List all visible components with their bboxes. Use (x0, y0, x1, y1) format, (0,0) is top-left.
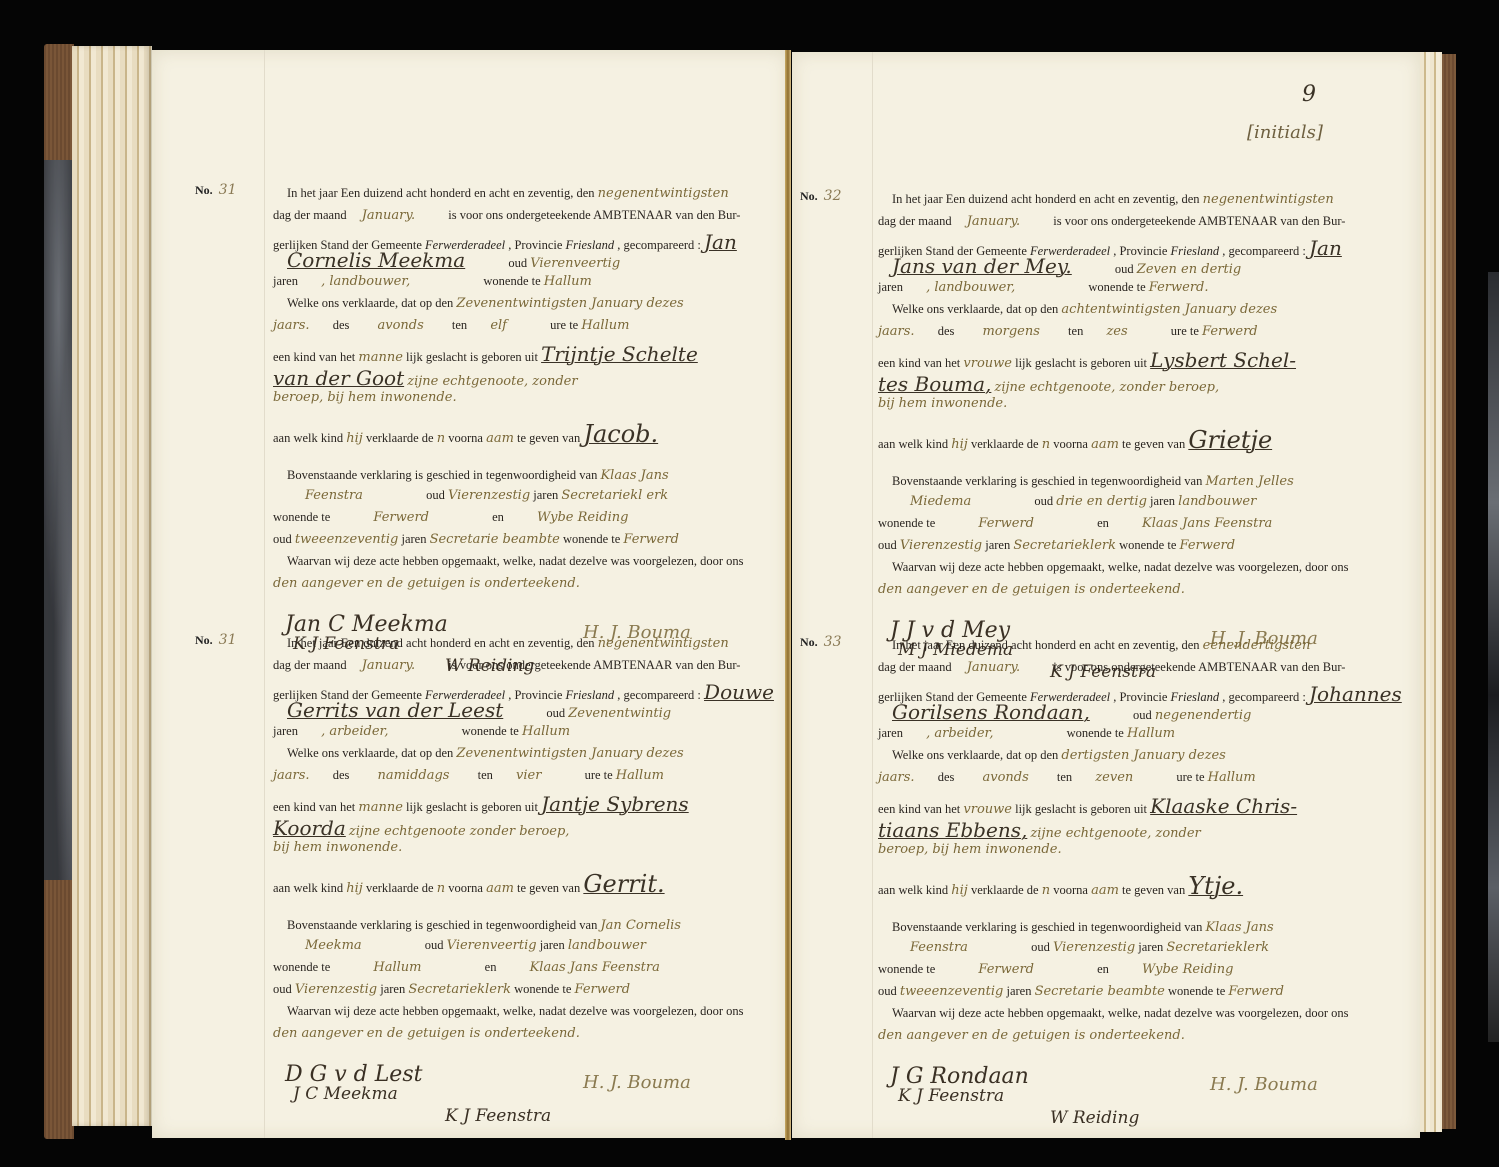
witness1-occupation: Secretariekl erk (561, 488, 668, 503)
record-line: wonende te Hallum en Klaas Jans Feenstra (273, 960, 660, 975)
record-line: In het jaar Een duizend acht honderd en … (892, 638, 1310, 653)
declarant-residence: Ferwerd. (1149, 280, 1209, 295)
record-line: jaren , landbouwer, wonende te Ferwerd. (878, 280, 1209, 295)
month: January. (967, 214, 1020, 229)
printed-text: Bovenstaande verklaring is geschied in t… (892, 920, 1202, 934)
printed-text: dag der maand (273, 658, 347, 672)
printed-text: voorna (1053, 883, 1088, 897)
record-line: Miedema oud drie en dertig jaren landbou… (910, 494, 1256, 509)
jaars: jaars. (273, 768, 310, 783)
declarant-occupation: , landbouwer, (926, 280, 1015, 295)
record-line: jaars. des avonds ten zeven ure te Hallu… (878, 770, 1256, 785)
record-line: een kind van het manne lijk geslacht is … (273, 342, 698, 366)
record-line: wonende te Ferwerd en Wybe Reiding (878, 962, 1233, 977)
birth-place: Ferwerd (1202, 324, 1258, 339)
witness2-occupation: Secretarieklerk (408, 982, 511, 997)
record-line: Bovenstaande verklaring is geschied in t… (892, 920, 1274, 935)
signature: K J Feenstra (898, 1086, 1004, 1106)
record-line: Cornelis Meekma oud Vierenveertig (287, 248, 620, 272)
record-line: jaren , arbeider, wonende te Hallum (273, 724, 570, 739)
witness1-occupation: landbouwer (1178, 494, 1256, 509)
printed-text: wonende te (514, 982, 571, 996)
printed-text: oud (546, 706, 565, 720)
time-of-day: avonds (377, 318, 423, 333)
birth-place: Hallum (581, 318, 629, 333)
declarant-name: Cornelis Meekma (287, 248, 465, 272)
witness2-occupation: Secretarie beambte (1035, 984, 1165, 999)
record-line: oud tweeenzeventig jaren Secretarie beam… (878, 984, 1284, 999)
printed-text: wonende te (563, 532, 620, 546)
printed-text: des (938, 770, 955, 784)
declarant-name: Jans van der Mey. (892, 254, 1072, 278)
pronoun: hij (951, 883, 968, 898)
printed-text: oud (1031, 940, 1050, 954)
printed-text: oud (878, 538, 897, 552)
printed-text: des (333, 768, 350, 782)
printed-text: lijk geslacht is geboren uit (1015, 356, 1147, 370)
witness1-first: Klaas Jans (600, 468, 668, 483)
printed-text: jaren (401, 532, 426, 546)
declarant-first-name: Johannes (1309, 682, 1402, 706)
printed-text: te geven van (1122, 883, 1185, 897)
record-number-label: No. (195, 633, 213, 647)
printed-text: In het jaar Een duizend acht honderd en … (287, 186, 595, 200)
printed-text: dag der maand (273, 208, 347, 222)
printed-text: een kind van het (273, 350, 355, 364)
printed-text: is voor ons ondergeteekende AMBTENAAR va… (1053, 214, 1345, 228)
record-line: dag der maand January. is voor ons onder… (273, 208, 740, 223)
birth-record-entry: No.31In het jaar Een duizend acht honder… (195, 182, 783, 622)
printed-text: verklaarde de (971, 437, 1039, 451)
printed-text: jaren (1150, 494, 1175, 508)
record-number-value: 31 (219, 632, 237, 648)
witness2-name: Klaas Jans Feenstra (530, 960, 660, 975)
printed-text: wonende te (1168, 984, 1225, 998)
printed-text: aan welk kind (273, 881, 343, 895)
time-of-day: morgens (982, 324, 1039, 339)
printed-text: ten (1068, 324, 1083, 338)
printed-text: In het jaar Een duizend acht honderd en … (287, 636, 595, 650)
declarant-residence: Hallum (544, 274, 592, 289)
declarant-first-name: Jan (704, 230, 737, 254)
record-line: Welke ons verklaarde, dat op den dertigs… (892, 748, 1226, 763)
record-number-value: 33 (824, 634, 842, 650)
closing-text: den aangever en de getuigen is onderteek… (273, 576, 580, 591)
printed-text: een kind van het (273, 800, 355, 814)
printed-text: wonende te (878, 516, 935, 530)
record-line: In het jaar Een duizend acht honderd en … (892, 192, 1334, 207)
child-sex: vrouwe (963, 802, 1012, 817)
signature: J C Meekma (293, 1084, 398, 1104)
official-signature: H. J. Bouma (583, 1072, 691, 1093)
declarant-name: Gorilsens Rondaan, (892, 700, 1090, 724)
printed-text: des (938, 324, 955, 338)
record-number: No.32 (800, 188, 842, 204)
witness2-age: Vierenzestig (295, 982, 377, 997)
mother-surname: tes Bouma, (878, 372, 991, 396)
record-line: van der Goot zijne echtgenoote, zonder (273, 366, 578, 390)
printed-text: te geven van (517, 431, 580, 445)
birth-place: Hallum (616, 768, 664, 783)
record-line: aan welk kind hij verklaarde de n voorna… (273, 870, 665, 898)
record-line: dag der maand January. is voor ons onder… (878, 214, 1345, 229)
naam-suffix: aam (1091, 437, 1119, 452)
mother-surname: Koorda (273, 816, 346, 840)
printed-text: verklaarde de (971, 883, 1039, 897)
pronoun: hij (346, 881, 363, 896)
witness2-residence: Ferwerd (1180, 538, 1236, 553)
page-edges-left (72, 46, 152, 1126)
printed-text: is voor ons ondergeteekende AMBTENAAR va… (1053, 660, 1345, 674)
mother-name: Jantje Sybrens (541, 792, 689, 816)
official-signature: H. J. Bouma (1210, 1074, 1318, 1095)
child-sex: manne (358, 800, 403, 815)
mother-description: zijne echtgenoote, zonder (1030, 826, 1200, 841)
child-name: Jacob. (583, 420, 658, 448)
record-line: jaren , landbouwer, wonende te Hallum (273, 274, 592, 289)
printed-text: oud (878, 984, 897, 998)
witness1-surname: Feenstra (305, 488, 363, 503)
mother-description-2: beroep, bij hem inwonende. (878, 842, 1062, 857)
printed-text: ten (478, 768, 493, 782)
record-line: oud Vierenzestig jaren Secretarieklerk w… (878, 538, 1235, 553)
month: January. (362, 658, 415, 673)
printed-text: lijk geslacht is geboren uit (1015, 802, 1147, 816)
printed-text: des (333, 318, 350, 332)
record-number-label: No. (800, 189, 818, 203)
day-of-month: negenentwintigsten (1203, 192, 1334, 207)
page-edges-right (1420, 52, 1442, 1132)
printed-text: oud (273, 532, 292, 546)
time-of-day: avonds (982, 770, 1028, 785)
mother-description-2: bij hem inwonende. (273, 840, 402, 855)
record-line: jaren , arbeider, wonende te Hallum (878, 726, 1175, 741)
printed-text: is voor ons ondergeteekende AMBTENAAR va… (448, 208, 740, 222)
hour: elf (490, 318, 507, 333)
witness2-age: tweeenzeventig (295, 532, 398, 547)
child-sex: vrouwe (963, 356, 1012, 371)
printed-text: oud (1115, 262, 1134, 276)
witness1-surname: Meekma (305, 938, 362, 953)
declarant-residence: Hallum (522, 724, 570, 739)
printed-text: jaren (985, 538, 1010, 552)
record-line: jaars. des avonds ten elf ure te Hallum (273, 318, 629, 333)
witness1-first: Klaas Jans (1205, 920, 1273, 935)
printed-text: jaren (273, 724, 298, 738)
printed-text: Welke ons verklaarde, dat op den (287, 746, 453, 760)
record-line: Koorda zijne echtgenoote zonder beroep, (273, 816, 569, 840)
record-line: dag der maand January. is voor ons onder… (273, 658, 740, 673)
printed-text: Waarvan wij deze acte hebben opgemaakt, … (287, 554, 744, 568)
printed-text: dag der maand (878, 660, 952, 674)
pronoun: hij (951, 437, 968, 452)
printed-text: een kind van het (878, 356, 960, 370)
record-line: Meekma oud Vierenveertig jaren landbouwe… (305, 938, 646, 953)
witness1-residence: Ferwerd (373, 510, 429, 525)
birth-place: Hallum (1208, 770, 1256, 785)
printed-text: dag der maand (878, 214, 952, 228)
record-line: Waarvan wij deze acte hebben opgemaakt, … (287, 1004, 744, 1019)
record-line: tiaans Ebbens, zijne echtgenoote, zonder (878, 818, 1201, 842)
record-line: Welke ons verklaarde, dat op den achtent… (892, 302, 1277, 317)
verb-suffix: n (437, 881, 445, 896)
mother-description: zijne echtgenoote zonder beroep, (349, 824, 570, 839)
declarant-occupation: , arbeider, (321, 724, 388, 739)
pronoun: hij (346, 431, 363, 446)
printed-text: ure te (550, 318, 578, 332)
record-number-value: 32 (824, 188, 842, 204)
record-line: aan welk kind hij verklaarde de n voorna… (878, 872, 1243, 900)
declarant-first-name: Douwe (704, 680, 774, 704)
printed-text: oud (426, 488, 445, 502)
verb-suffix: n (1042, 883, 1050, 898)
record-number: No.33 (800, 634, 842, 650)
record-line: Bovenstaande verklaring is geschied in t… (287, 468, 669, 483)
record-line: een kind van het vrouwe lijk geslacht is… (878, 348, 1296, 372)
printed-text: jaren (380, 982, 405, 996)
record-line: Bovenstaande verklaring is geschied in t… (287, 918, 681, 933)
record-line: den aangever en de getuigen is onderteek… (878, 1028, 1185, 1043)
record-line: In het jaar Een duizend acht honderd en … (287, 186, 729, 201)
printed-text: voorna (1053, 437, 1088, 451)
birth-date: Zevenentwintigsten January dezes (456, 296, 683, 311)
naam-suffix: aam (486, 881, 514, 896)
printed-text: jaren (878, 280, 903, 294)
record-line: wonende te Ferwerd en Wybe Reiding (273, 510, 628, 525)
witness1-age: Vierenzestig (1053, 940, 1135, 955)
child-sex: manne (358, 350, 403, 365)
child-name: Grietje (1188, 426, 1272, 454)
printed-text: wonende te (462, 724, 519, 738)
printed-text: jaren (1006, 984, 1031, 998)
mother-name: Trijntje Schelte (541, 342, 698, 366)
witness1-surname: Feenstra (910, 940, 968, 955)
closing-text: den aangever en de getuigen is onderteek… (273, 1026, 580, 1041)
printed-text: wonende te (1088, 280, 1145, 294)
printed-text: Welke ons verklaarde, dat op den (287, 296, 453, 310)
witness2-name: Wybe Reiding (537, 510, 628, 525)
printed-text: oud (425, 938, 444, 952)
jaars: jaars. (878, 324, 915, 339)
verb-suffix: n (437, 431, 445, 446)
naam-suffix: aam (486, 431, 514, 446)
printed-text: Welke ons verklaarde, dat op den (892, 302, 1058, 316)
birth-date: dertigsten January dezes (1061, 748, 1225, 763)
printed-text: oud (1133, 708, 1152, 722)
printed-text: jaren (1138, 940, 1163, 954)
printed-text: en (492, 510, 504, 524)
mother-surname: van der Goot (273, 366, 404, 390)
witness2-name: Klaas Jans Feenstra (1142, 516, 1272, 531)
month: January. (362, 208, 415, 223)
mother-name: Lysbert Schel- (1150, 348, 1296, 372)
record-line: Feenstra oud Vierenzestig jaren Secretar… (305, 488, 668, 503)
witness2-residence: Ferwerd (575, 982, 631, 997)
witness1-residence: Ferwerd (978, 516, 1034, 531)
record-line: In het jaar Een duizend acht honderd en … (287, 636, 729, 651)
day-of-month: eenendertigsten (1203, 638, 1311, 653)
birth-record-entry: No.31In het jaar Een duizend acht honder… (195, 632, 783, 1072)
record-line: Welke ons verklaarde, dat op den Zevenen… (287, 746, 684, 761)
printed-text: wonende te (483, 274, 540, 288)
printed-text: jaren (273, 274, 298, 288)
witness2-occupation: Secretarieklerk (1013, 538, 1116, 553)
printed-text: verklaarde de (366, 881, 434, 895)
record-line: Waarvan wij deze acte hebben opgemaakt, … (892, 1006, 1349, 1021)
witness1-first: Marten Jelles (1205, 474, 1293, 489)
declarant-age: Zeven en dertig (1137, 262, 1241, 277)
printed-text: aan welk kind (878, 883, 948, 897)
witness1-residence: Hallum (373, 960, 421, 975)
printed-text: ten (1057, 770, 1072, 784)
record-line: dag der maand January. is voor ons onder… (878, 660, 1345, 675)
record-number: No.31 (195, 632, 237, 648)
record-line: Waarvan wij deze acte hebben opgemaakt, … (892, 560, 1349, 575)
witness1-surname: Miedema (910, 494, 971, 509)
printed-text: Bovenstaande verklaring is geschied in t… (287, 468, 597, 482)
witness2-age: Vierenzestig (900, 538, 982, 553)
printed-text: voorna (448, 431, 483, 445)
witness2-residence: Ferwerd (1228, 984, 1284, 999)
child-name: Gerrit. (583, 870, 664, 898)
record-line: bij hem inwonende. (273, 840, 402, 855)
record-line: Bovenstaande verklaring is geschied in t… (892, 474, 1294, 489)
printed-text: wonende te (1119, 538, 1176, 552)
naam-suffix: aam (1091, 883, 1119, 898)
witness1-residence: Ferwerd (978, 962, 1034, 977)
record-line: den aangever en de getuigen is onderteek… (273, 1026, 580, 1041)
birth-record-entry: No.32In het jaar Een duizend acht honder… (800, 188, 1410, 628)
printed-text: en (485, 960, 497, 974)
jaars: jaars. (273, 318, 310, 333)
printed-text: jaren (533, 488, 558, 502)
record-line: oud tweeenzeventig jaren Secretarie beam… (273, 532, 679, 547)
printed-text: ure te (1176, 770, 1204, 784)
witness1-occupation: landbouwer (568, 938, 646, 953)
book-gutter (785, 50, 791, 1140)
declarant-first-name: Jan (1309, 236, 1342, 260)
printed-text: wonende te (1067, 726, 1124, 740)
printed-text: een kind van het (878, 802, 960, 816)
printed-text: is voor ons ondergeteekende AMBTENAAR va… (448, 658, 740, 672)
record-line: een kind van het vrouwe lijk geslacht is… (878, 794, 1297, 818)
birth-date: Zevenentwintigsten January dezes (456, 746, 683, 761)
time-of-day: namiddags (377, 768, 449, 783)
printed-text: wonende te (273, 960, 330, 974)
printed-text: aan welk kind (273, 431, 343, 445)
record-line: jaars. des namiddags ten vier ure te Hal… (273, 768, 664, 783)
closing-text: den aangever en de getuigen is onderteek… (878, 1028, 1185, 1043)
record-number-value: 31 (219, 182, 237, 198)
printed-text: en (1097, 516, 1109, 530)
printed-text: te geven van (1122, 437, 1185, 451)
jaars: jaars. (878, 770, 915, 785)
printed-text: ten (452, 318, 467, 332)
declarant-name: Gerrits van der Leest (287, 698, 503, 722)
printed-text: oud (273, 982, 292, 996)
day-of-month: negenentwintigsten (598, 186, 729, 201)
witness1-age: Vierenveertig (447, 938, 537, 953)
printed-text: te geven van (517, 881, 580, 895)
mother-surname: tiaans Ebbens, (878, 818, 1027, 842)
printed-text: In het jaar Een duizend acht honderd en … (892, 192, 1200, 206)
witness1-occupation: Secretarieklerk (1166, 940, 1269, 955)
record-line: beroep, bij hem inwonende. (273, 390, 457, 405)
record-line: den aangever en de getuigen is onderteek… (878, 582, 1185, 597)
printed-text: Waarvan wij deze acte hebben opgemaakt, … (287, 1004, 744, 1018)
signature: W Reiding (1050, 1108, 1139, 1128)
record-line: den aangever en de getuigen is onderteek… (273, 576, 580, 591)
witness2-residence: Ferwerd (623, 532, 679, 547)
record-number-label: No. (195, 183, 213, 197)
mother-description: zijne echtgenoote, zonder (407, 374, 577, 389)
record-line: aan welk kind hij verklaarde de n voorna… (273, 420, 658, 448)
child-name: Ytje. (1188, 872, 1243, 900)
record-line: beroep, bij hem inwonende. (878, 842, 1062, 857)
day-of-month: negenentwintigsten (598, 636, 729, 651)
printed-text: Welke ons verklaarde, dat op den (892, 748, 1058, 762)
record-number-label: No. (800, 635, 818, 649)
declarant-age: Zevenentwintig (568, 706, 671, 721)
witness2-occupation: Secretarie beambte (430, 532, 560, 547)
record-line: aan welk kind hij verklaarde de n voorna… (878, 426, 1272, 454)
printed-text: aan welk kind (878, 437, 948, 451)
witness1-age: drie en dertig (1056, 494, 1147, 509)
month: January. (967, 660, 1020, 675)
witness1-age: Vierenzestig (448, 488, 530, 503)
record-line: Gerrits van der Leest oud Zevenentwintig (287, 698, 671, 722)
printed-text: Waarvan wij deze acte hebben opgemaakt, … (892, 560, 1349, 574)
record-line: Welke ons verklaarde, dat op den Zevenen… (287, 296, 684, 311)
record-line: een kind van het manne lijk geslacht is … (273, 792, 689, 816)
closing-text: den aangever en de getuigen is onderteek… (878, 582, 1185, 597)
page-initials: [initials] (1247, 122, 1323, 143)
witness2-name: Wybe Reiding (1142, 962, 1233, 977)
printed-text: Bovenstaande verklaring is geschied in t… (892, 474, 1202, 488)
record-line: Jans van der Mey. oud Zeven en dertig (892, 254, 1241, 278)
printed-text: wonende te (273, 510, 330, 524)
birth-date: achtentwintigsten January dezes (1061, 302, 1277, 317)
printed-text: ure te (585, 768, 613, 782)
mother-description-2: beroep, bij hem inwonende. (273, 390, 457, 405)
declarant-age: Vierenveertig (530, 256, 620, 271)
verb-suffix: n (1042, 437, 1050, 452)
printed-text: en (1097, 962, 1109, 976)
declarant-residence: Hallum (1127, 726, 1175, 741)
record-line: jaars. des morgens ten zes ure te Ferwer… (878, 324, 1258, 339)
printed-text: lijk geslacht is geboren uit (406, 800, 538, 814)
record-line: wonende te Ferwerd en Klaas Jans Feenstr… (878, 516, 1272, 531)
declarant-occupation: , arbeider, (926, 726, 993, 741)
hour: vier (516, 768, 541, 783)
signature: K J Feenstra (445, 1106, 551, 1126)
record-line: bij hem inwonende. (878, 396, 1007, 411)
printed-text: voorna (448, 881, 483, 895)
printed-text: lijk geslacht is geboren uit (406, 350, 538, 364)
printed-text: oud (508, 256, 527, 270)
printed-text: verklaarde de (366, 431, 434, 445)
declarant-age: negenendertig (1155, 708, 1251, 723)
printed-text: , gecompareerd : (617, 238, 701, 252)
printed-text: wonende te (878, 962, 935, 976)
birth-record-entry: No.33In het jaar Een duizend acht honder… (800, 634, 1410, 1074)
mother-description: zijne echtgenoote, zonder beroep, (994, 380, 1219, 395)
page-number: 9 (1302, 82, 1316, 107)
record-line: Feenstra oud Vierenzestig jaren Secretar… (910, 940, 1269, 955)
mother-name: Klaaske Chris- (1150, 794, 1297, 818)
hour: zeven (1095, 770, 1133, 785)
printed-text: jaren (878, 726, 903, 740)
